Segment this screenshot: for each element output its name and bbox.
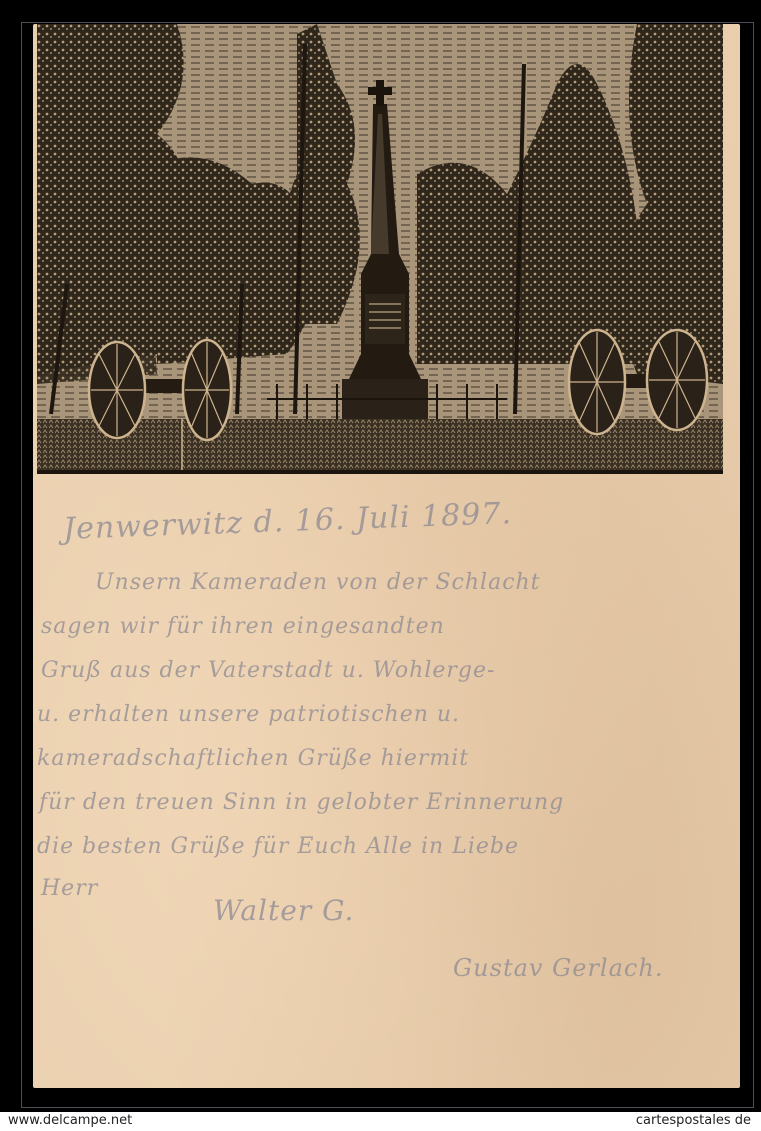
message-line: kameradschaftlichen Grüße hiermit [37, 746, 469, 771]
memorial-scene [37, 24, 723, 474]
message-line: Unsern Kameraden von der Schlacht [95, 570, 541, 595]
message-line: für den treuen Sinn in gelobter Erinneru… [39, 790, 564, 815]
signature: Gustav Gerlach. [453, 954, 663, 982]
message-line: Herr [41, 876, 98, 901]
message-line: die besten Grüße für Euch Alle in Liebe [37, 834, 519, 859]
handwritten-message: Jenwerwitz d. 16. Juli 1897. Unsern Kame… [33, 474, 740, 1088]
engraved-illustration [37, 24, 723, 474]
message-line: sagen wir für ihren eingesandten [41, 614, 445, 639]
message-line: Gruß aus der Vaterstadt u. Wohlerge- [41, 658, 495, 683]
ground [37, 419, 723, 474]
message-line: u. erhalten unsere patriotischen u. [37, 702, 460, 727]
watermark-left: www.delcampe.net [8, 1113, 132, 1128]
date-line: Jenwerwitz d. 16. Juli 1897. [63, 496, 513, 547]
postcard: Jenwerwitz d. 16. Juli 1897. Unsern Kame… [33, 24, 740, 1088]
watermark-right: cartespostales de [636, 1113, 751, 1128]
watermark-footer: www.delcampe.net cartespostales de [0, 1112, 761, 1131]
closing-line: Walter G. [213, 894, 354, 927]
